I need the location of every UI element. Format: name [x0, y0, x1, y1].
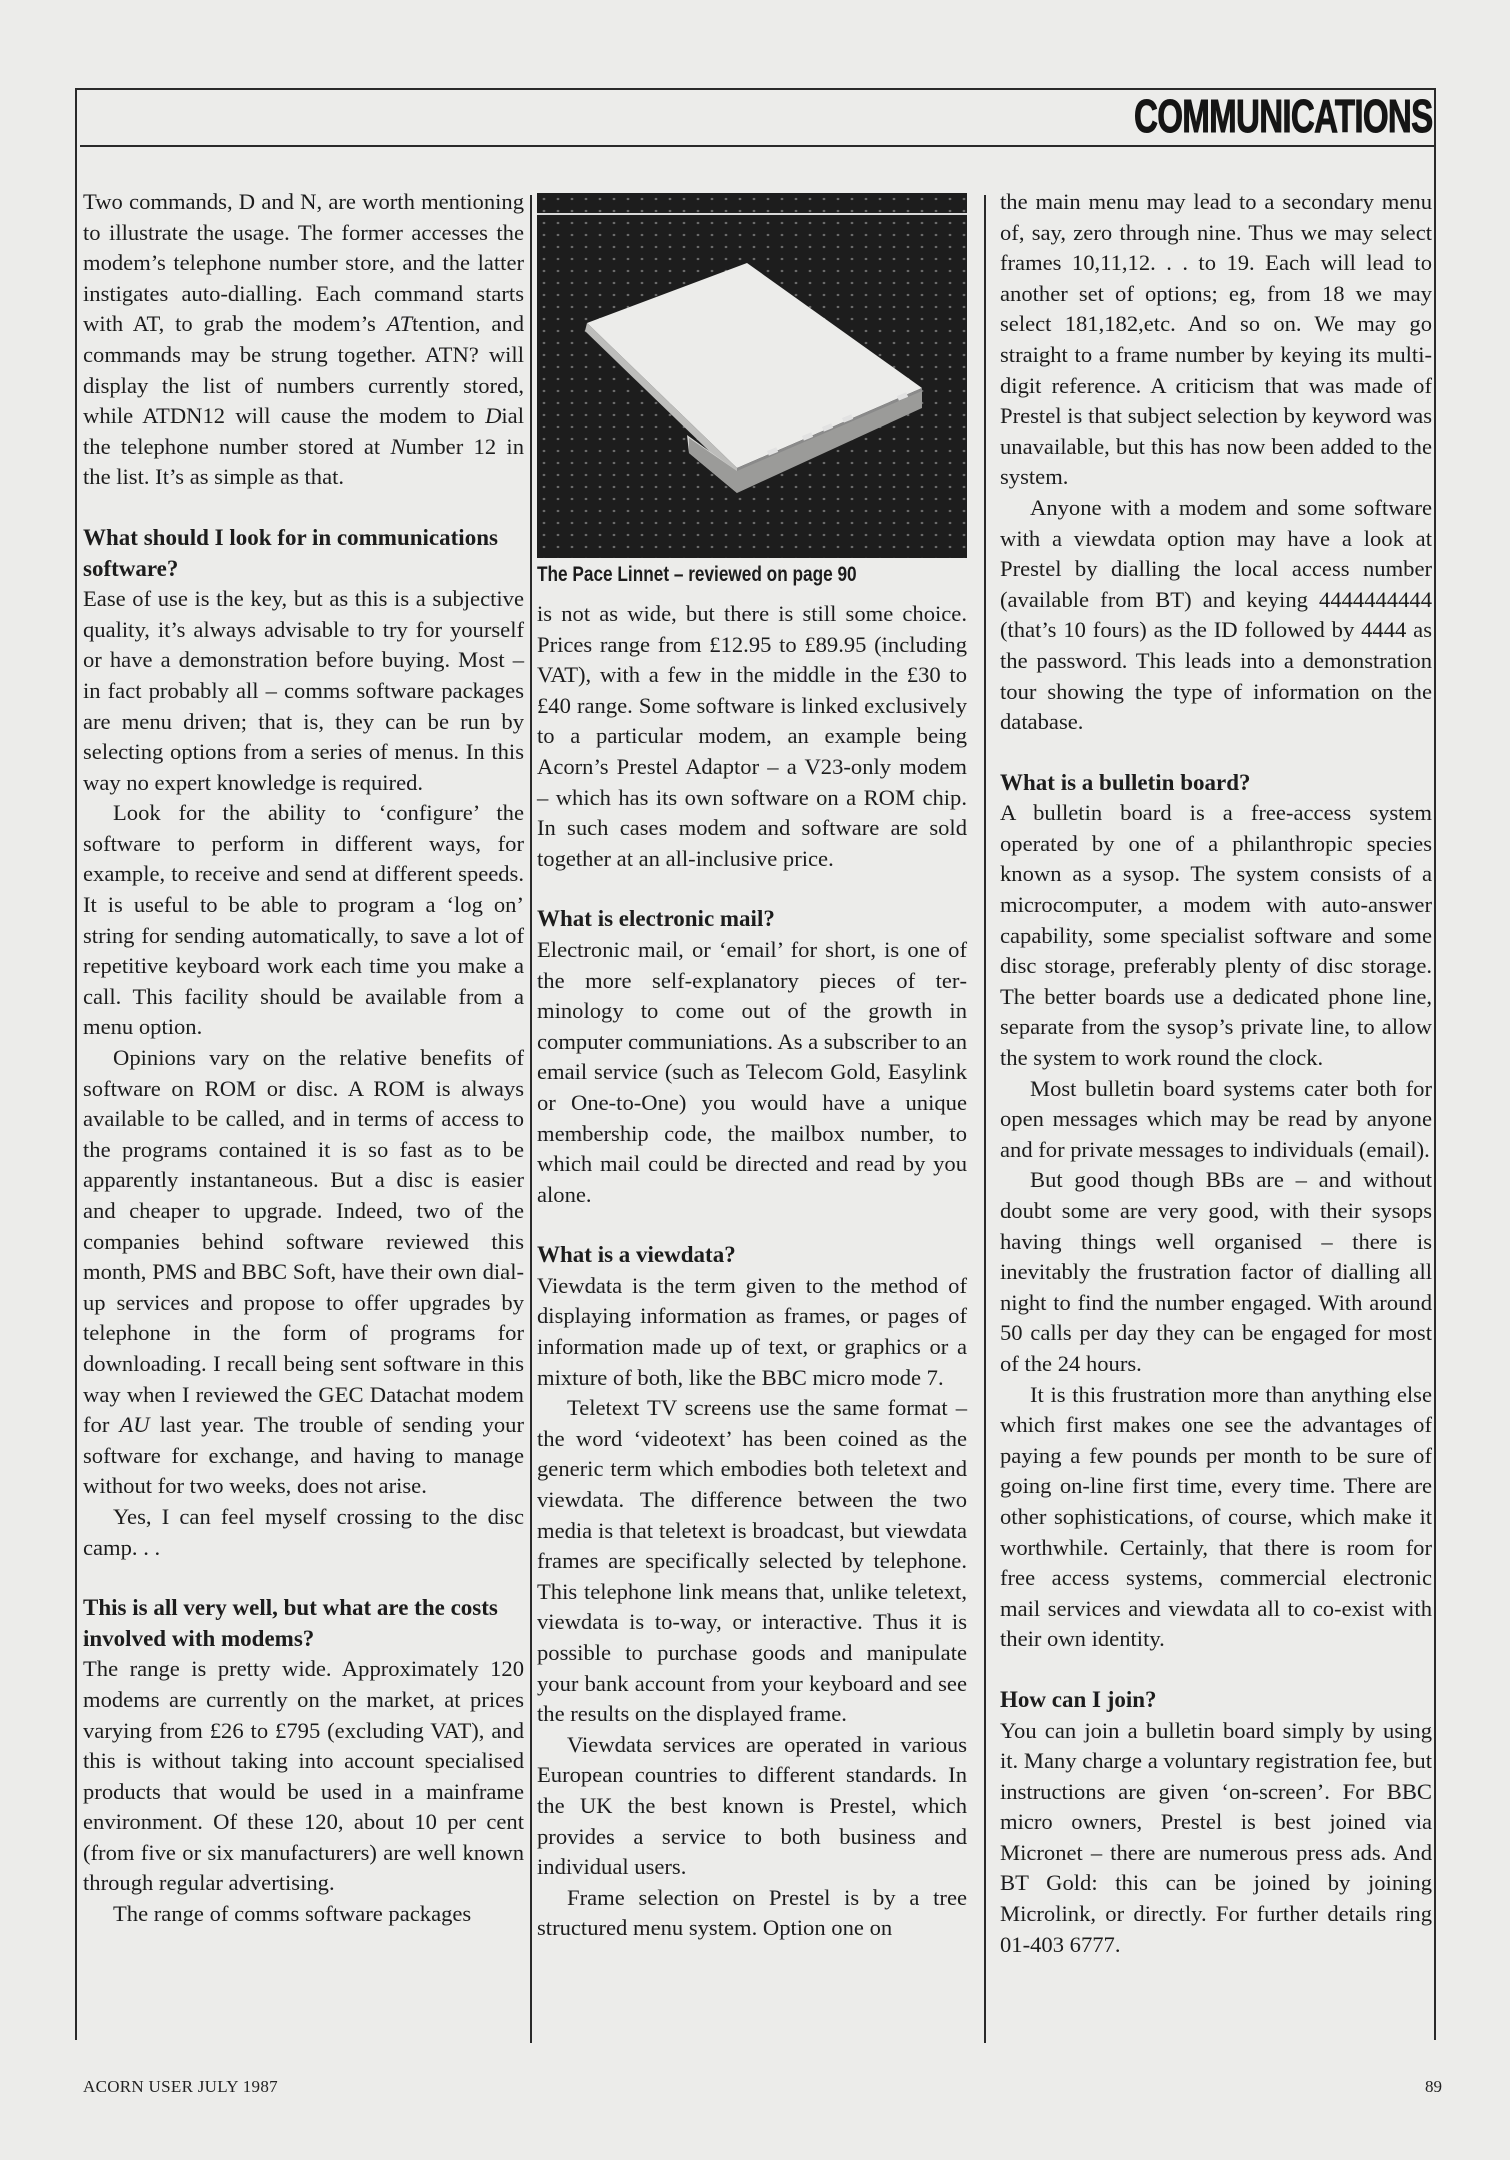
section-title: COMMUNICATIONS: [1134, 86, 1432, 146]
body-paragraph: Look for the ability to ‘configure’ the …: [83, 798, 524, 1043]
subheading-bulletin-board: What is a bulletin board?: [1000, 768, 1432, 799]
footer-page-number: 89: [1425, 2077, 1442, 2097]
body-paragraph: It is this frustration more than anythin…: [1000, 1380, 1432, 1655]
body-paragraph: Viewdata is the term given to the method…: [537, 1271, 967, 1393]
footer-publication: ACORN USER JULY 1987: [83, 2077, 278, 2097]
body-paragraph: Frame selection on Prestel is by a tree …: [537, 1883, 967, 1944]
body-paragraph: Yes, I can feel myself crossing to the d…: [83, 1502, 524, 1563]
modem-photo: [537, 193, 967, 558]
body-paragraph: You can join a bulletin board simply by …: [1000, 1716, 1432, 1961]
subheading-costs: This is all very well, but what are the …: [83, 1593, 524, 1654]
article-column-3: the main menu may lead to a secondary me…: [1000, 187, 1432, 1960]
column-divider-2: [984, 195, 986, 2043]
body-paragraph: A bulletin board is a free-access system…: [1000, 798, 1432, 1073]
frame-right-rule: [1434, 88, 1436, 2040]
body-paragraph: Opinions vary on the relative benefits o…: [83, 1043, 524, 1502]
body-paragraph: Ease of use is the key, but as this is a…: [83, 584, 524, 798]
body-paragraph: the main menu may lead to a secondary me…: [1000, 187, 1432, 493]
column-divider-1: [530, 195, 532, 2043]
subheading-email: What is electronic mail?: [537, 904, 967, 935]
body-paragraph: Anyone with a modem and some soft­ware w…: [1000, 493, 1432, 738]
body-paragraph: The range is pretty wide. Approximately …: [83, 1654, 524, 1899]
body-paragraph: The range of comms software packages: [83, 1899, 524, 1930]
body-paragraph: Viewdata services are operated in variou…: [537, 1730, 967, 1883]
subheading-viewdata: What is a viewdata?: [537, 1240, 967, 1271]
subheading-join: How can I join?: [1000, 1685, 1432, 1716]
body-paragraph: Teletext TV screens use the same format …: [537, 1393, 967, 1730]
article-column-1: Two commands, D and N, are worth mention…: [83, 187, 524, 1930]
subheading-software: What should I look for in communica­tion…: [83, 523, 524, 584]
intro-paragraph: Two commands, D and N, are worth mention…: [83, 187, 524, 493]
body-paragraph: is not as wide, but there is still some …: [537, 599, 967, 874]
body-paragraph: But good though BBs are – and without do…: [1000, 1165, 1432, 1379]
frame-left-rule: [75, 88, 77, 2040]
body-paragraph: Electronic mail, or ‘email’ for short, i…: [537, 935, 967, 1210]
article-column-2: The Pace Linnet – reviewed on page 90 is…: [537, 187, 967, 1944]
modem-image: [537, 193, 967, 558]
photo-caption: The Pace Linnet – reviewed on page 90: [537, 560, 890, 590]
body-paragraph: Most bulletin board systems cater both f…: [1000, 1074, 1432, 1166]
